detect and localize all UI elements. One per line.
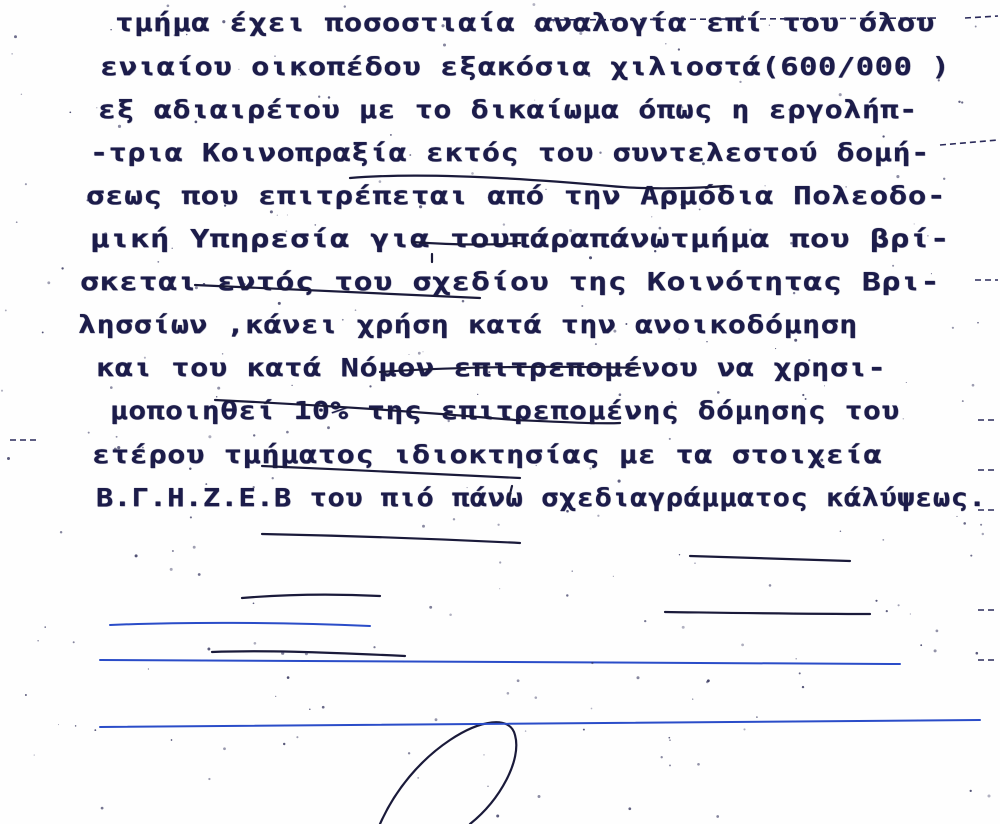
underline-10pct xyxy=(242,595,380,598)
text-line-6: μική Υπηρεσία για τουπάραπάνωτμήμα που β… xyxy=(90,224,950,253)
text-line-4: -τρια Κοινοπραξία εκτός του συντελεστού … xyxy=(90,138,930,167)
blue-underline-stoixeia xyxy=(100,660,900,664)
text-line-1: τμήμα έχει ποσοστιαία αναλογία επί του ό… xyxy=(115,8,935,37)
blue-strike-eterou xyxy=(110,623,370,626)
text-line-12: Β.Γ.Η.Ζ.Ε.Β του πιό πάνω σχεδιαγράμματος… xyxy=(96,483,986,512)
signature-loop xyxy=(380,722,516,824)
underline-domisis xyxy=(665,612,870,614)
underline-nomon xyxy=(262,534,520,543)
scanned-document-page: τμήμα έχει ποσοστιαία αναλογία επί του ό… xyxy=(0,0,1000,824)
text-line-5: σεως που επιτρέπεται από την Αρμόδια Πολ… xyxy=(86,181,946,210)
text-line-11: ετέρου τμήματος ιδιοκτησίας με τα στοιχε… xyxy=(92,440,882,469)
underline-tmimatos xyxy=(212,651,405,656)
text-line-2: ενιαίου οικοπέδου εξακόσια χιλιοστά(600/… xyxy=(100,52,950,81)
text-line-10: μοποιηθεί 10% της επιτρεπομένης δόμησης … xyxy=(110,396,900,425)
blue-underline-kalypsews xyxy=(100,720,980,727)
underline-xrisi xyxy=(690,556,850,561)
text-line-7: σκεται εντός του σχεδίου της Κοινότητας … xyxy=(80,267,940,296)
text-line-3: εξ αδιαιρέτου με το δικαίωμα όπως η εργο… xyxy=(98,95,918,124)
text-line-9: και του κατά Νόμον επιτρεπομένου να χρησ… xyxy=(96,353,886,382)
text-line-8: λησσίων ,κάνει χρήση κατά την ανοικοδόμη… xyxy=(78,310,858,339)
